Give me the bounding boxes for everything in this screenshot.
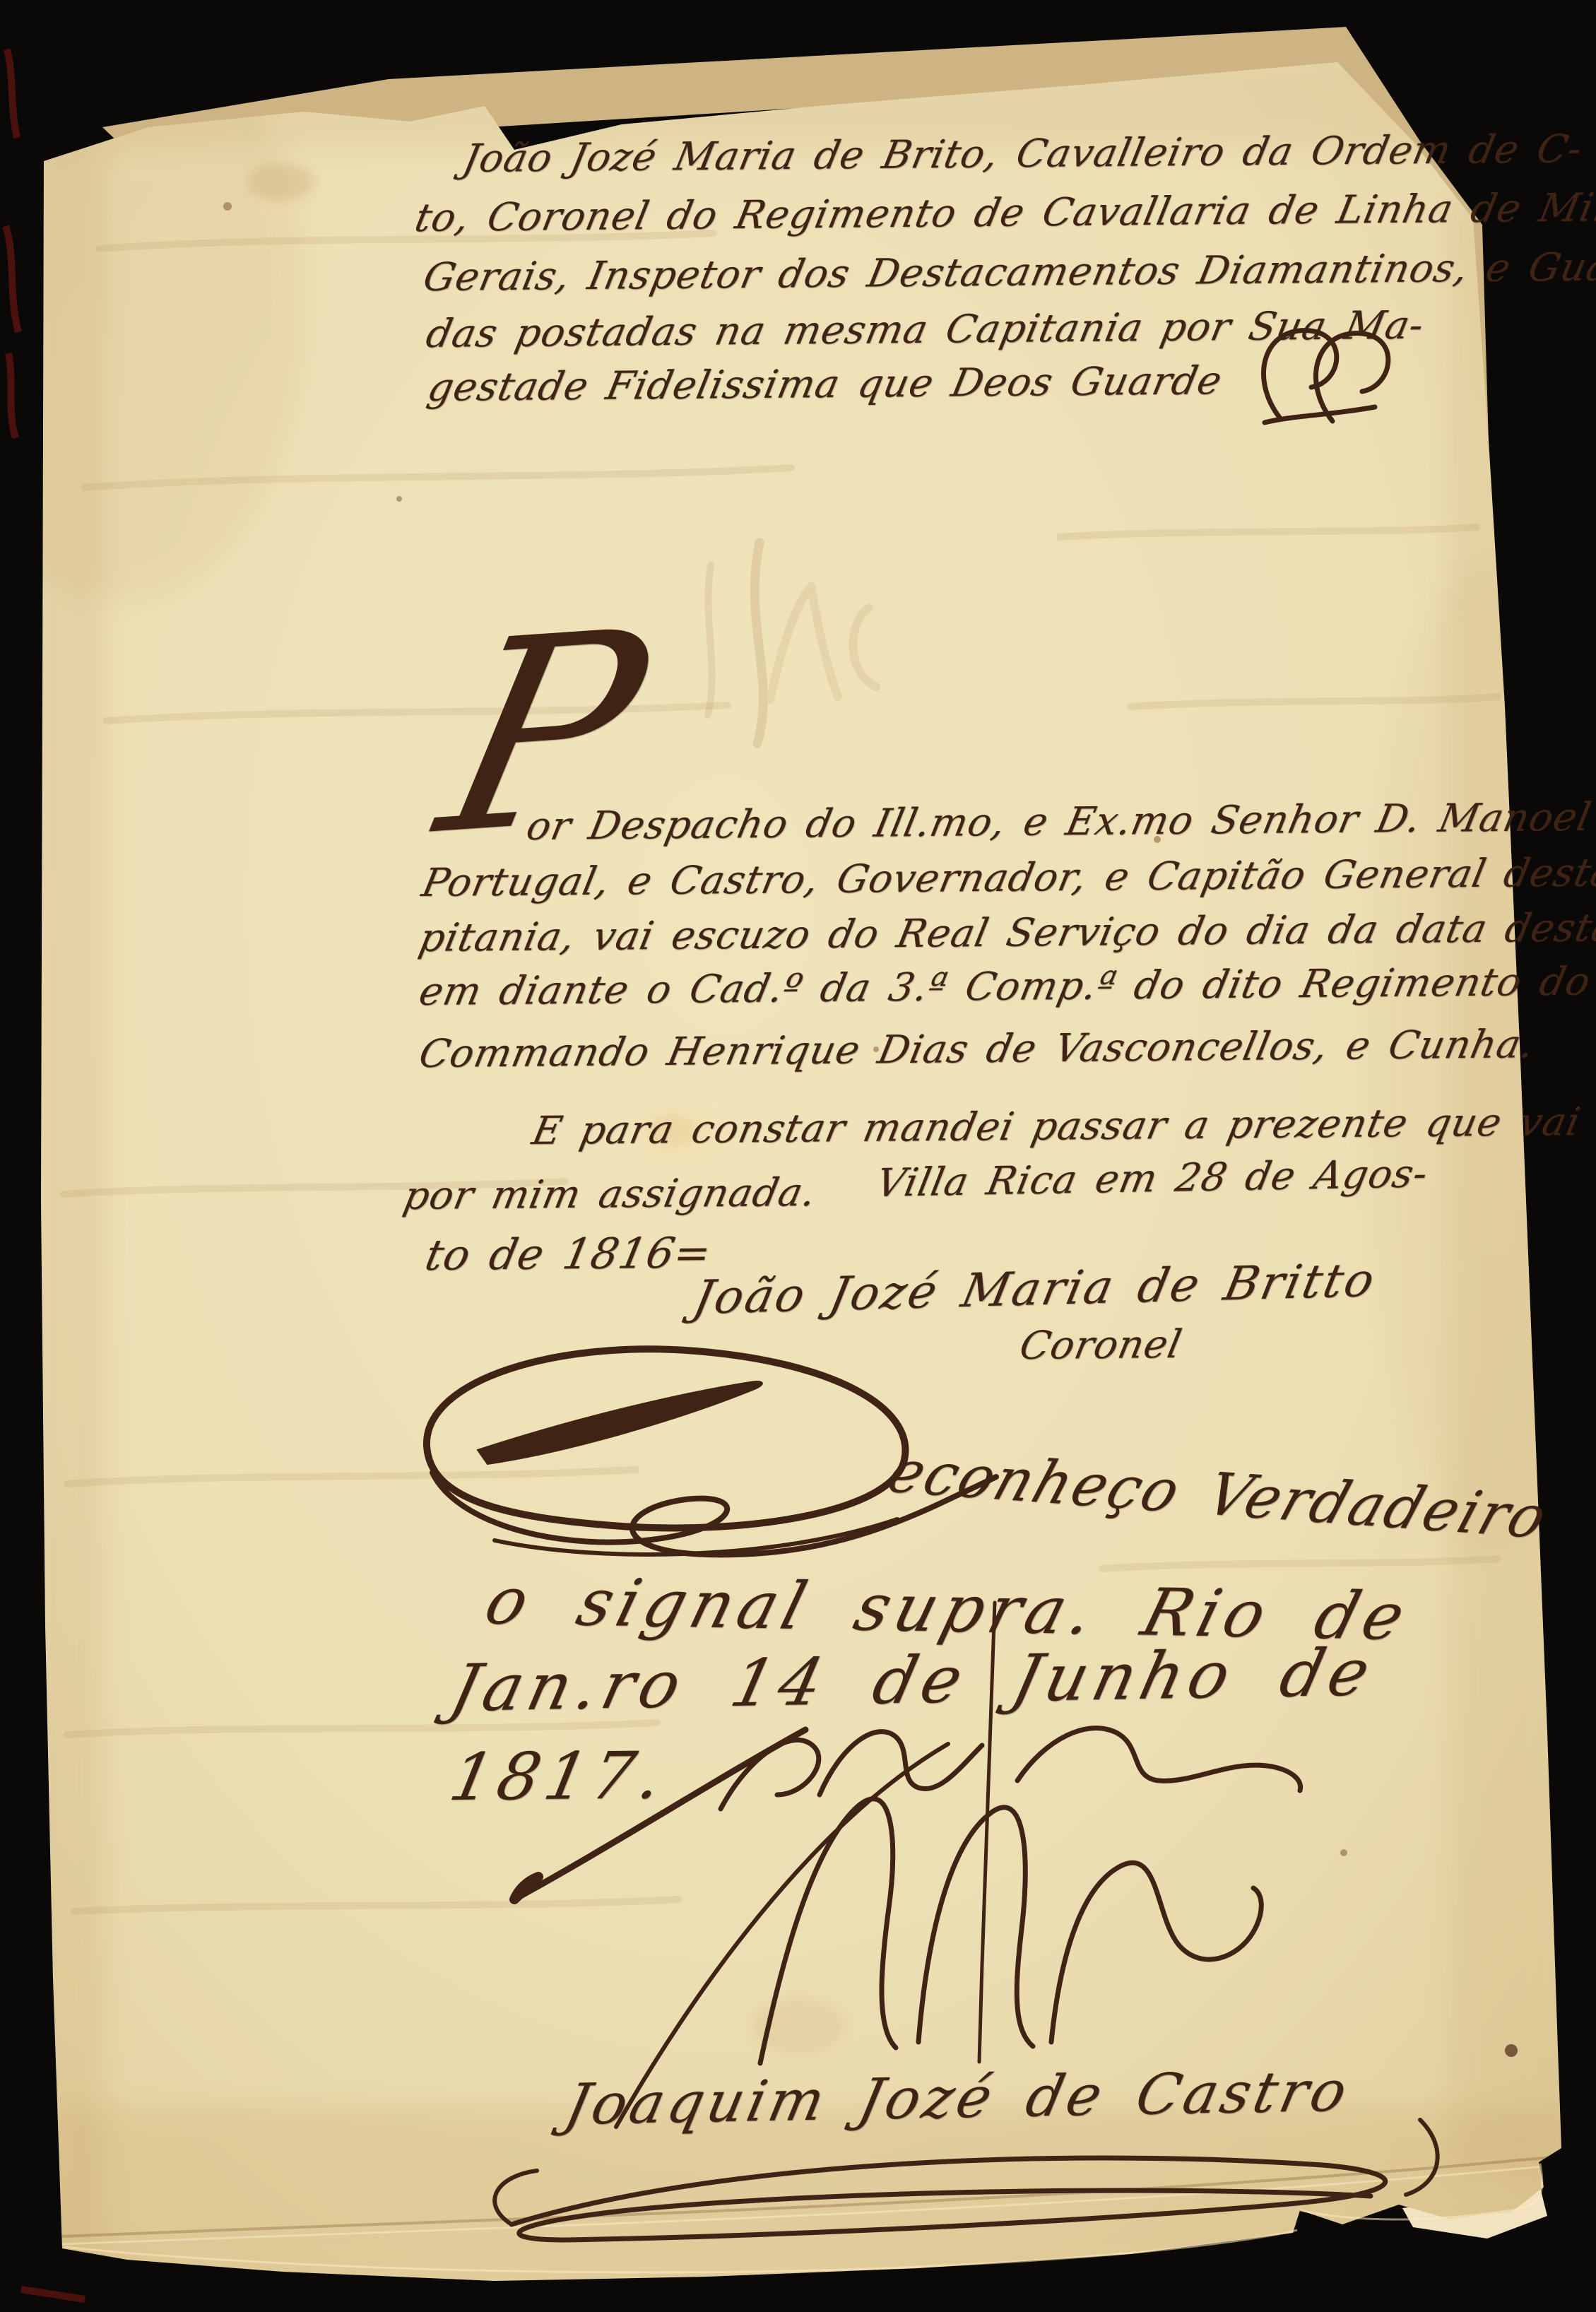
closing-line: E para constar mandei passar a prezente … — [528, 1099, 1585, 1153]
notary-line: 1817. — [444, 1738, 674, 1815]
manuscript-photo: João Jozé Maria de Brito, Cavalleiro da … — [0, 0, 1596, 2312]
signature-title-coronel: Coronel — [1016, 1321, 1186, 1368]
opening-line: das postadas na mesma Capitania por Sua … — [422, 302, 1429, 356]
signature-joaquim-castro: Joaquim Jozé de Castro — [560, 2058, 1356, 2137]
closing-line-left: por mim assignada. — [400, 1169, 820, 1218]
opening-line: gestade Fidelissima que Deos Guarde — [424, 358, 1226, 410]
closing-line: to de 1816= — [421, 1228, 716, 1280]
body-line: or Despacho do Ill.mo, e Ex.mo Senhor D.… — [523, 794, 1596, 849]
